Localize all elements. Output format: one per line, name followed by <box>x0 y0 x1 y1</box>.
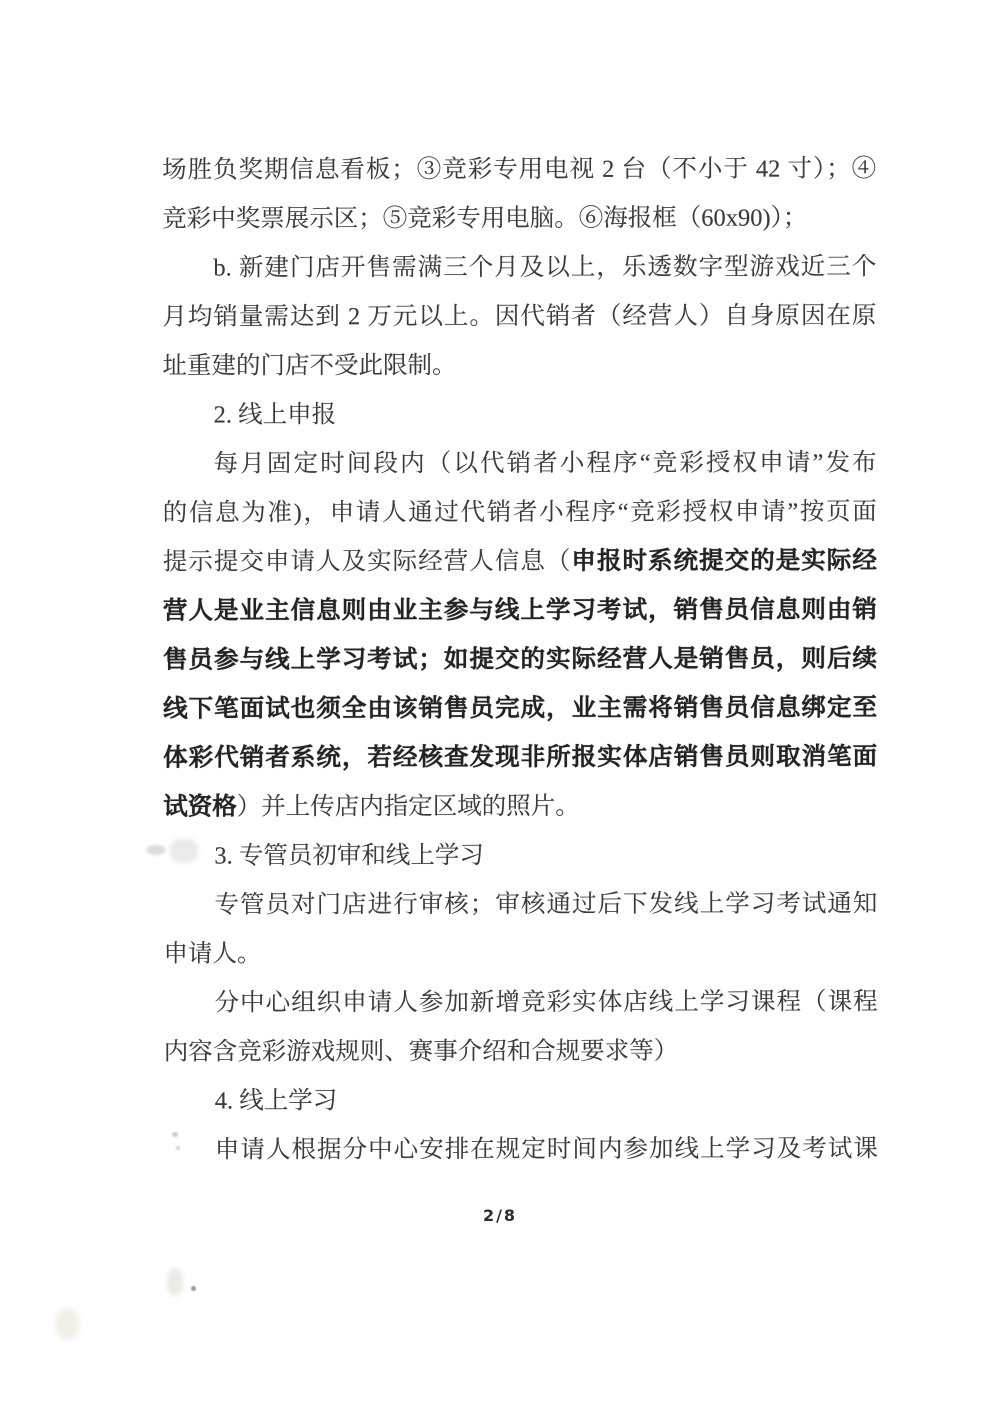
text-segment: 月均销量需达到 2 万元以上。因代销者（经营人）自身原因在原 <box>162 302 876 330</box>
text-segment: 申请人根据分中心安排在规定时间内参加线上学习及考试课 <box>215 1135 878 1163</box>
section-heading-online-declaration: 2. 线上申报 <box>163 389 877 439</box>
section-heading-initial-review: 3. 专管员初审和线上学习 <box>163 830 877 880</box>
text-segment: 场胜负奖期信息看板；③竞彩专用电视 2 台（不小于 42 寸）；④ <box>162 155 876 183</box>
text-line: 址重建的门店不受此限制。 <box>162 340 876 390</box>
text-segment: 申请人。 <box>163 940 261 967</box>
text-line: 场胜负奖期信息看板；③竞彩专用电视 2 台（不小于 42 寸）；④ <box>162 144 876 194</box>
text-segment: 的信息为准)，申请人通过代销者小程序“竞彩授权申请”按页面 <box>163 498 877 526</box>
text-line: 提示提交申请人及实际经营人信息（申报时系统提交的是实际经 <box>163 536 877 586</box>
text-line: 体彩代销者系统，若经核查发现非所报实体店销售员则取消笔面 <box>163 732 877 782</box>
text-line: 申请人根据分中心安排在规定时间内参加线上学习及考试课 <box>164 1124 878 1174</box>
text-line: 营人是业主信息则由业主参与线上学习考试，销售员信息则由销 <box>163 585 877 635</box>
text-line: 申请人。 <box>163 928 877 978</box>
text-line: b. 新建门店开售需满三个月及以上，乐透数字型游戏近三个 <box>162 242 876 292</box>
text-segment: 专管员对门店进行审核；审核通过后下发线上学习考试通知 <box>214 890 877 918</box>
text-line: 月均销量需达到 2 万元以上。因代销者（经营人）自身原因在原 <box>162 291 876 341</box>
text-line: 线下笔面试也须全由该销售员完成，业主需将销售员信息绑定至 <box>163 683 877 733</box>
text-line: 内容含竞彩游戏规则、赛事介绍和合规要求等） <box>164 1026 878 1076</box>
text-segment-bold: 线下笔面试也须全由该销售员完成，业主需将销售员信息绑定至 <box>163 694 877 722</box>
text-segment: 址重建的门店不受此限制。 <box>162 352 456 380</box>
text-line: 竞彩中奖票展示区；⑤竞彩专用电脑。⑥海报框（60x90)）； <box>162 193 876 243</box>
text-line: 专管员对门店进行审核；审核通过后下发线上学习考试通知 <box>163 879 877 929</box>
page-content: 场胜负奖期信息看板；③竞彩专用电视 2 台（不小于 42 寸）；④ 竞彩中奖票展… <box>162 144 878 1174</box>
text-segment-bold: 营人是业主信息则由业主参与线上学习考试，销售员信息则由销 <box>163 596 877 624</box>
text-line: 售员参与线上学习考试；如提交的实际经营人是销售员，则后续 <box>163 634 877 684</box>
text-line: 的信息为准)，申请人通过代销者小程序“竞彩授权申请”按页面 <box>163 487 877 537</box>
text-line: 分中心组织申请人参加新增竞彩实体店线上学习课程（课程 <box>164 977 878 1027</box>
text-segment: 2. 线上申报 <box>214 401 337 428</box>
text-segment: 3. 专管员初审和线上学习 <box>214 842 484 869</box>
text-line: 每月固定时间段内（以代销者小程序“竞彩授权申请”发布 <box>163 438 877 488</box>
text-segment-bold: 试资格 <box>163 793 237 820</box>
text-segment-bold: 体彩代销者系统，若经核查发现非所报实体店销售员则取消笔面 <box>163 743 877 771</box>
page-number: 2/8 <box>0 1206 1000 1225</box>
text-segment: 竞彩中奖票展示区；⑤竞彩专用电脑。⑥海报框（60x90)）； <box>162 204 807 232</box>
text-segment: 提示提交申请人及实际经营人信息（ <box>163 548 572 576</box>
text-segment: ）并上传店内指定区域的照片。 <box>237 793 580 821</box>
scan-speck <box>191 1286 196 1291</box>
scan-smudge <box>55 1308 79 1340</box>
scan-smudge <box>167 1268 183 1296</box>
text-segment: 分中心组织申请人参加新增竞彩实体店线上学习课程（课程 <box>215 988 878 1016</box>
document-page: 场胜负奖期信息看板；③竞彩专用电视 2 台（不小于 42 寸）；④ 竞彩中奖票展… <box>0 0 1000 1414</box>
text-segment-bold: 售员参与线上学习考试；如提交的实际经营人是销售员，则后续 <box>163 645 877 673</box>
text-line: 试资格）并上传店内指定区域的照片。 <box>163 781 877 831</box>
section-heading-online-learning: 4. 线上学习 <box>164 1075 878 1125</box>
text-segment: 4. 线上学习 <box>215 1087 338 1114</box>
text-segment: 每月固定时间段内（以代销者小程序“竞彩授权申请”发布 <box>214 449 877 477</box>
text-segment: b. 新建门店开售需满三个月及以上，乐透数字型游戏近三个 <box>213 253 876 281</box>
text-segment-bold: 申报时系统提交的是实际经 <box>571 547 876 575</box>
text-segment: 内容含竞彩游戏规则、赛事介绍和合规要求等） <box>164 1038 679 1066</box>
